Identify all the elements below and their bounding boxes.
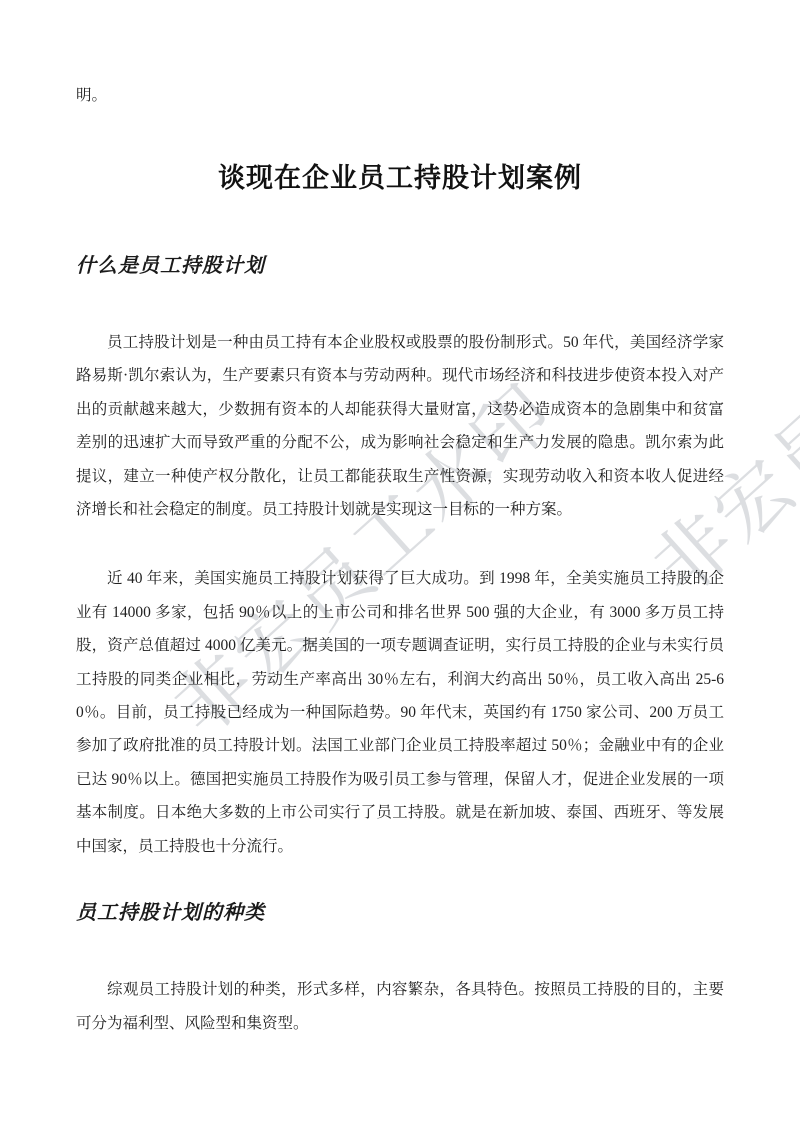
paragraph-esop-types: 综观员工持股计划的种类，形式多样，内容繁杂，各具特色。按照员工持股的目的，主要可… [76, 973, 724, 1040]
section-heading-esop-types: 员工持股计划的种类 [76, 897, 724, 929]
leading-text: 明。 [76, 84, 724, 108]
document-title: 谈现在企业员工持股计划案例 [76, 156, 724, 200]
document-content: 明。 谈现在企业员工持股计划案例 什么是员工持股计划 员工持股计划是一种由员工持… [76, 0, 724, 1040]
section-heading-what-is-esop: 什么是员工持股计划 [76, 250, 724, 282]
paragraph-esop-statistics: 近 40 年来，美国实施员工持股计划获得了巨大成功。到 1998 年，全美实施员… [76, 562, 724, 863]
paragraph-esop-definition: 员工持股计划是一种由员工持有本企业股权或股票的股份制形式。50 年代，美国经济学… [76, 326, 724, 526]
document-page: 非宏员工水印 非宏员工水印 明。 谈现在企业员工持股计划案例 什么是员工持股计划… [0, 0, 800, 1131]
